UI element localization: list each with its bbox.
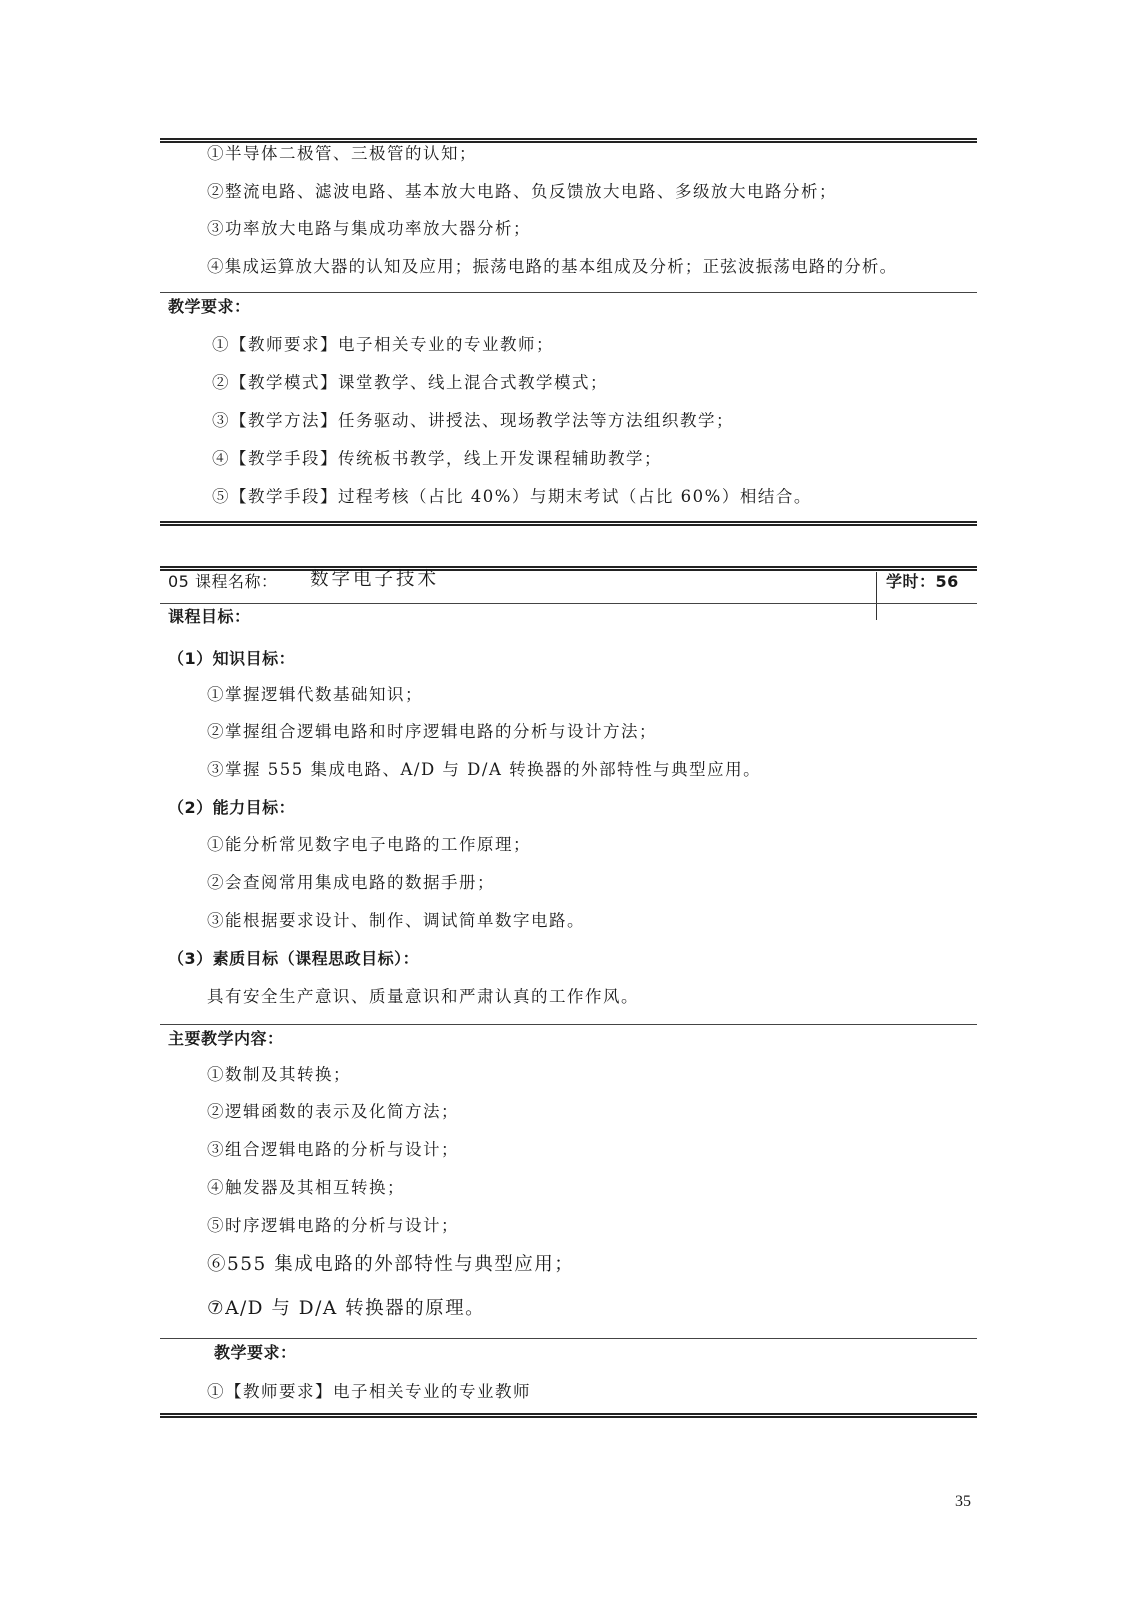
content-item: ⑥555 集成电路的外部特性与典型应用； xyxy=(207,1254,574,1276)
content-item: ②逻辑函数的表示及化简方法； xyxy=(207,1101,459,1123)
objectives-heading: 课程目标： xyxy=(168,606,251,628)
prev-content-item: ②整流电路、滤波电路、基本放大电路、负反馈放大电路、多级放大电路分析； xyxy=(207,181,837,203)
ability-item: ②会查阅常用集成电路的数据手册； xyxy=(207,872,495,894)
prev-requirements-heading: 教学要求： xyxy=(168,296,251,318)
table-bottom-rule xyxy=(160,1413,977,1418)
prev-requirement-item: ②【教学模式】课堂教学、线上混合式教学模式； xyxy=(212,372,608,394)
course-hours: 学时：56 xyxy=(886,571,959,593)
prev-requirement-item: ①【教师要求】电子相关专业的专业教师； xyxy=(212,334,554,356)
quality-objectives-heading: （3）素质目标（课程思政目标）： xyxy=(168,948,419,970)
quality-item: 具有安全生产意识、质量意识和严肃认真的工作作风。 xyxy=(207,986,639,1008)
knowledge-item: ②掌握组合逻辑电路和时序逻辑电路的分析与设计方法； xyxy=(207,721,657,743)
content-item: ⑤时序逻辑电路的分析与设计； xyxy=(207,1215,459,1237)
prev-content-item: ④集成运算放大器的认知及应用；振荡电路的基本组成及分析；正弦波振荡电路的分析。 xyxy=(207,256,897,278)
ability-item: ③能根据要求设计、制作、调试简单数字电路。 xyxy=(207,910,585,932)
content-item: ③组合逻辑电路的分析与设计； xyxy=(207,1139,459,1161)
page-number: 35 xyxy=(955,1493,971,1511)
prev-content-item: ③功率放大电路与集成功率放大器分析； xyxy=(207,218,531,240)
requirement-item: ①【教师要求】电子相关专业的专业教师 xyxy=(207,1381,531,1403)
knowledge-objectives-heading: （1）知识目标： xyxy=(168,648,295,670)
section-divider xyxy=(160,292,977,293)
table-bottom-rule xyxy=(160,521,977,526)
section-divider xyxy=(160,603,977,604)
course-number-label: 05 课程名称： xyxy=(168,571,277,593)
prev-requirement-item: ⑤【教学手段】过程考核（占比 40%）与期末考试（占比 60%）相结合。 xyxy=(212,486,812,508)
prev-content-item: ①半导体二极管、三极管的认知； xyxy=(207,143,477,165)
knowledge-item: ①掌握逻辑代数基础知识； xyxy=(207,684,423,706)
document-page: ①半导体二极管、三极管的认知； ②整流电路、滤波电路、基本放大电路、负反馈放大电… xyxy=(0,0,1131,1600)
ability-objectives-heading: （2）能力目标： xyxy=(168,797,295,819)
knowledge-item: ③掌握 555 集成电路、A/D 与 D/A 转换器的外部特性与典型应用。 xyxy=(207,759,761,781)
content-item: ④触发器及其相互转换； xyxy=(207,1177,405,1199)
content-item: ①数制及其转换； xyxy=(207,1064,351,1086)
header-cell-divider xyxy=(876,572,877,620)
requirements-heading: 教学要求： xyxy=(214,1342,297,1364)
prev-requirement-item: ④【教学手段】传统板书教学，线上开发课程辅助教学； xyxy=(212,448,662,470)
content-heading: 主要教学内容： xyxy=(168,1028,284,1050)
section-divider xyxy=(160,1024,977,1025)
prev-requirement-item: ③【教学方法】任务驱动、讲授法、现场教学法等方法组织教学； xyxy=(212,410,734,432)
ability-item: ①能分析常见数字电子电路的工作原理； xyxy=(207,834,531,856)
table-top-rule xyxy=(160,566,977,571)
course-name: 数字电子技术 xyxy=(310,569,439,591)
section-divider xyxy=(160,1338,977,1339)
content-item: ⑦A/D 与 D/A 转换器的原理。 xyxy=(207,1298,485,1320)
